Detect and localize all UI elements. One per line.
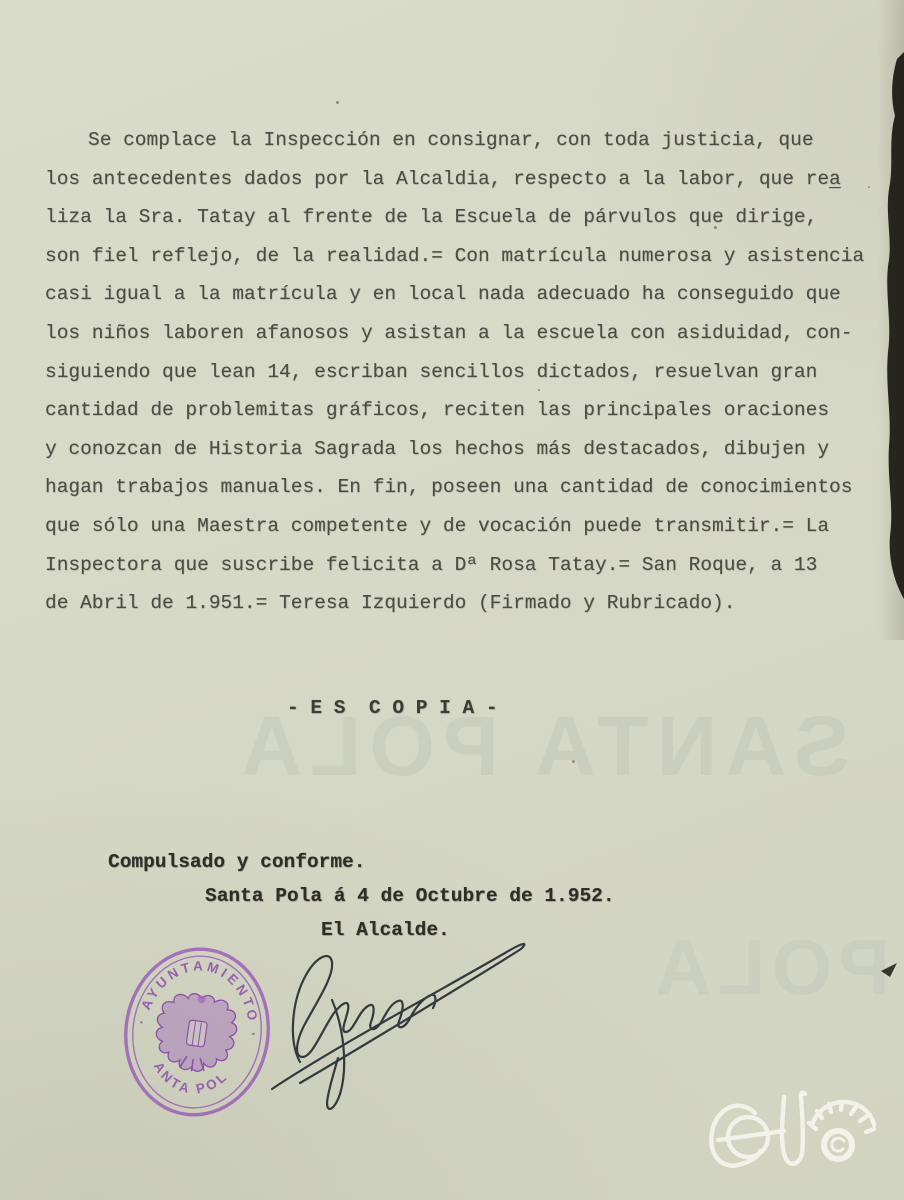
paper-speck <box>714 226 717 229</box>
paper-speck <box>538 389 540 391</box>
document-page: SANTA POLA POLA Se complace la Inspecció… <box>0 0 904 1200</box>
alcalde-signature <box>240 920 550 1120</box>
paper-speck <box>336 101 339 104</box>
paper-speck <box>868 186 870 188</box>
archive-eyes-watermark-logo <box>700 1085 900 1200</box>
paper-speck <box>572 760 575 763</box>
